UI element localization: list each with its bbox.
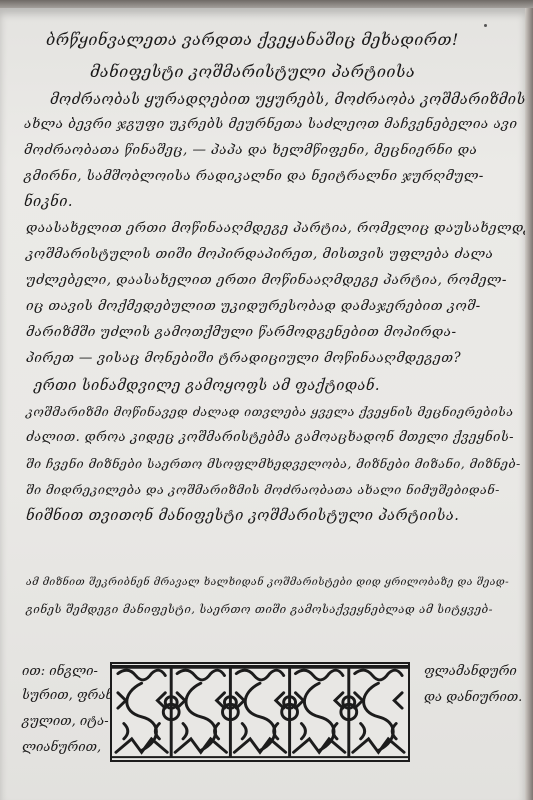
margin-right-line-1: ფლამანდური: [424, 664, 517, 679]
body-line-19: გინეს შემდეგი მანიფესტი, საერთო თიში გამ…: [26, 602, 493, 616]
body-line-7: კოშმარისტულის თიში მოპირდაპირეთ, მისთვის…: [26, 246, 493, 262]
body-line-16: ში მიდრეკილება და კოშმარიზმის მოძრაობათა…: [26, 482, 500, 497]
body-line-17: ნიშნით თვითონ მანიფესტი კოშმარისტული პარ…: [26, 508, 459, 524]
body-line-15: ში ჩვენი მიზნები საერთო მსოფლმხედველობა,…: [26, 456, 521, 471]
manuscript-page: ბრწყინვალეთა ვარდთა ქვეყანაშიც მეხადირთ!…: [0, 8, 525, 800]
margin-left-line-4: ლიანურით,: [22, 740, 101, 755]
margin-left-line-3: გულით, იტა-: [22, 714, 109, 729]
body-line-1: მოძრაობას ყურადღებით უყურებს, მოძრაობა კ…: [50, 92, 533, 108]
title-line-2: მანიფესტი კოშმარისტული პარტიისა: [90, 62, 415, 81]
body-line-3: მოძრაობათა წინაშეც, — პაპა და ხელმწიფენი…: [24, 142, 477, 158]
body-line-2: ახლა ბევრი ჯგუფი უკრებს მეურნეთა საძლეოთ…: [24, 116, 517, 132]
page-right-edge: [525, 8, 533, 800]
knotwork-ornament-icon: [112, 664, 408, 760]
body-line-13: კოშმარიზმი მოწინავედ ძალად ითვლება ყველა…: [26, 404, 513, 419]
margin-left-line-1: ით: ინგლი-: [22, 664, 98, 679]
body-line-9: იც თავის მოქმედებულით უკიდურესობად დამაჯ…: [26, 298, 481, 314]
body-line-12: ერთი სინამდვილე გამოყოფს ამ ფაქტიდან.: [34, 378, 380, 394]
margin-right-line-2: და დანიურით.: [424, 690, 522, 705]
decorative-knotwork-panel: [110, 662, 410, 762]
body-line-8: უძლებელი, დაასახელით ერთი მოწინააღმდეგე …: [26, 272, 507, 288]
body-line-14: ძალით. დროა კიდეც კოშმარისტებმა გამოაცხა…: [26, 430, 514, 445]
title-line-1: ბრწყინვალეთა ვარდთა ქვეყანაშიც მეხადირთ!: [46, 30, 459, 49]
body-line-10: მარიზმში უძლის გამოთქმული წარმოდგენებით …: [26, 324, 456, 340]
body-line-6: დაასახელით ერთი მოწინააღმდეგე პარტია, რო…: [26, 220, 533, 236]
body-line-5: ნიკნი.: [24, 194, 73, 210]
body-line-11: პირეთ — ვისაც მონებიში ტრადიციული მოწინა…: [26, 350, 461, 366]
margin-left-line-2: სურით, ფრან-: [22, 688, 118, 703]
body-line-18: ამ მიზნით შეკრიბნენ მრავალ ხალხიდან კოშმ…: [26, 576, 509, 588]
ink-speck: [484, 24, 487, 27]
body-line-4: გმირნი, სამშობლოისა რადიკალნი და ნეიტრალ…: [24, 168, 484, 184]
